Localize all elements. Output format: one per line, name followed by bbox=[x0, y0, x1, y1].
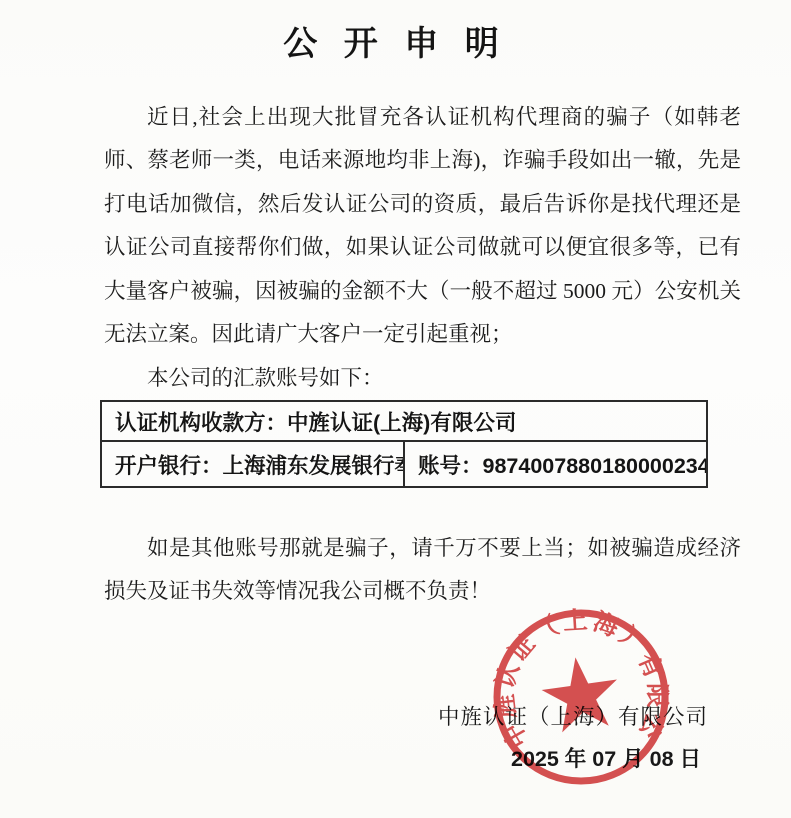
signature-company-name: 中旌认证（上海）有限公司 bbox=[438, 700, 708, 731]
table-row: 开户银行：上海浦东发展银行奉贤支行 账号：9874007880180000234… bbox=[101, 441, 707, 487]
body-paragraph-account-intro: 本公司的汇款账号如下： bbox=[104, 357, 741, 400]
body-paragraph-disclaimer: 如是其他账号那就是骗子，请千万不要上当；如被骗造成经济损失及证书失效等情况我公司… bbox=[104, 527, 741, 614]
public-statement-document: 公 开 申 明 近日,社会上出现大批冒充各认证机构代理商的骗子（如韩老师、蔡老师… bbox=[0, 0, 791, 818]
document-title: 公 开 申 明 bbox=[0, 16, 791, 65]
table-cell-account-number: 账号：98740078801800002347 bbox=[404, 441, 707, 487]
bank-account-table: 认证机构收款方：中旌认证(上海)有限公司 开户银行：上海浦东发展银行奉贤支行 账… bbox=[100, 400, 708, 488]
body-paragraph-scam-warning: 近日,社会上出现大批冒充各认证机构代理商的骗子（如韩老师、蔡老师一类，电话来源地… bbox=[104, 96, 741, 356]
table-cell-bank-branch: 开户银行：上海浦东发展银行奉贤支行 bbox=[101, 441, 404, 487]
table-row: 认证机构收款方：中旌认证(上海)有限公司 bbox=[101, 401, 707, 441]
table-cell-payee: 认证机构收款方：中旌认证(上海)有限公司 bbox=[101, 401, 707, 441]
signature-date: 2025 年 07 月 08 日 bbox=[511, 742, 701, 773]
